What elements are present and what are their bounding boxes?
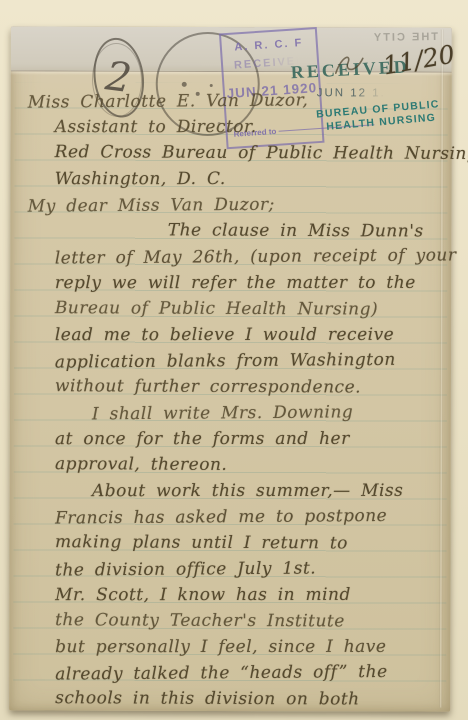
ink-flourish [333, 51, 367, 77]
letter-line: Miss Charlotte E. Van Duzor, [28, 86, 443, 115]
letter-line: I shall write Mrs. Downing [92, 399, 443, 428]
letter-line: the division office July 1st. [55, 554, 443, 583]
letter-paper: THE CITY 2 A. R. C. F RECEIVED JUN 21 19… [9, 26, 452, 711]
letter-line: but personally I feel, since I have [55, 634, 443, 660]
letter-line: Bureau of Public Health Nursing) [55, 295, 443, 323]
ink-speck [182, 82, 187, 87]
scanned-letter-background: THE CITY 2 A. R. C. F RECEIVED JUN 21 19… [0, 0, 468, 720]
letter-line: at once for the forms and her [55, 426, 443, 452]
letter-line: Francis has asked me to postpone [55, 502, 443, 531]
letter-line: Assistant to Director. [55, 114, 443, 140]
letter-line: without further correspondence. [55, 373, 443, 401]
letter-line: The clause in Miss Dunn's [168, 217, 443, 244]
letter-line: Mr. Scott, I know has in mind [55, 582, 443, 608]
letter-line: already talked the “heads off” the [55, 658, 443, 687]
letter-line: making plans until I return to [55, 529, 443, 557]
letter-line: letter of May 26th, (upon receipt of you… [55, 242, 443, 271]
letter-line: application blanks from Washington [55, 346, 443, 375]
letter-body: Miss Charlotte E. Van Duzor,Assistant to… [28, 88, 444, 712]
letter-line: Washington, D. C. [55, 166, 443, 192]
letter-line: approval, thereon. [55, 451, 443, 479]
letter-line: lead me to believe I would receive [55, 322, 443, 348]
ink-speck [210, 84, 213, 87]
letter-line: reply we will refer the matter to the [55, 270, 443, 296]
letter-line: Red Cross Bureau of Public Health Nursin… [55, 139, 443, 167]
letter-line: schools in this division on both [55, 685, 443, 713]
letter-line: About work this summer,— Miss [92, 478, 443, 504]
letter-line: the County Teacher's Institute [55, 607, 443, 635]
arc-stamp-org: A. R. C. F [222, 36, 317, 54]
bleedthrough-text: THE CITY [372, 31, 438, 44]
letter-line: My dear Miss Van Duzor; [28, 190, 443, 219]
